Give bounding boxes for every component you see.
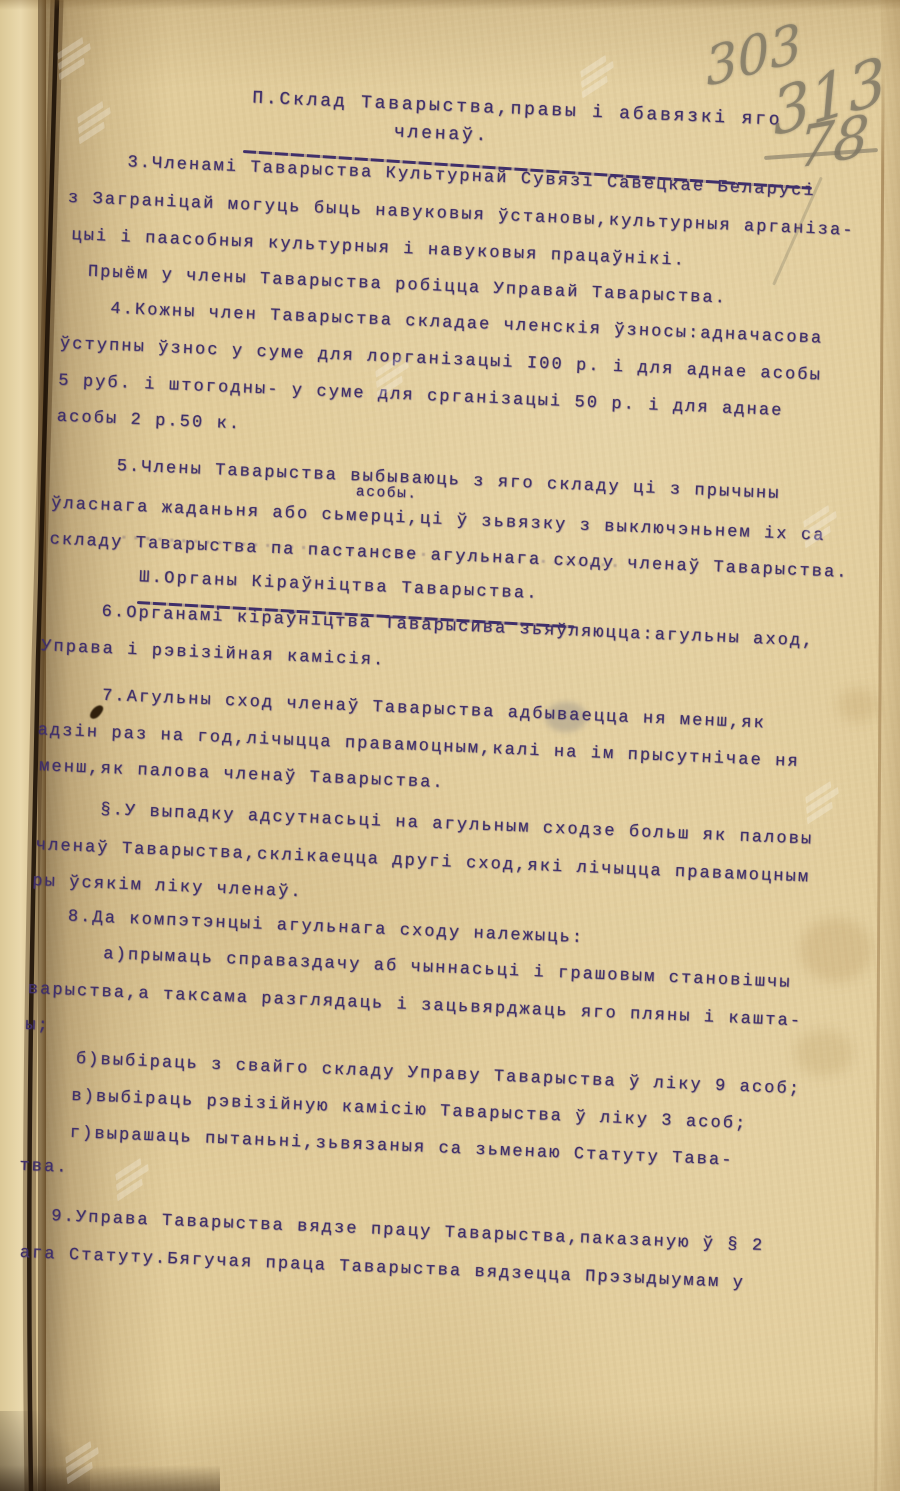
document-scan: П.Склад Таварыства,правы і абавязкі ягоч…: [0, 0, 900, 1491]
heading-line: Ш.Органы Кіраўніцтва Таварыства.: [139, 565, 540, 608]
text-line: ры ўсякім ліку членаў.: [32, 869, 303, 906]
text-line: менш,як палова членаў Таварыства.: [39, 754, 446, 797]
text-line: тва.: [19, 1154, 69, 1182]
corner-shadow: [0, 1411, 90, 1491]
heading-line: членаў.: [393, 120, 489, 150]
page-top-edge: [0, 0, 900, 10]
text-line: асобы 2 р.50 к.: [56, 405, 241, 439]
typewritten-text-block: П.Склад Таварыства,правы і абавязкі ягоч…: [20, 78, 900, 1372]
pencil-page-number-crossed: 78: [796, 103, 871, 182]
text-line: ы;: [25, 1013, 51, 1040]
text-line: Управа і рэвізійная камісія.: [41, 634, 386, 674]
text-line: асобы.: [355, 479, 418, 508]
